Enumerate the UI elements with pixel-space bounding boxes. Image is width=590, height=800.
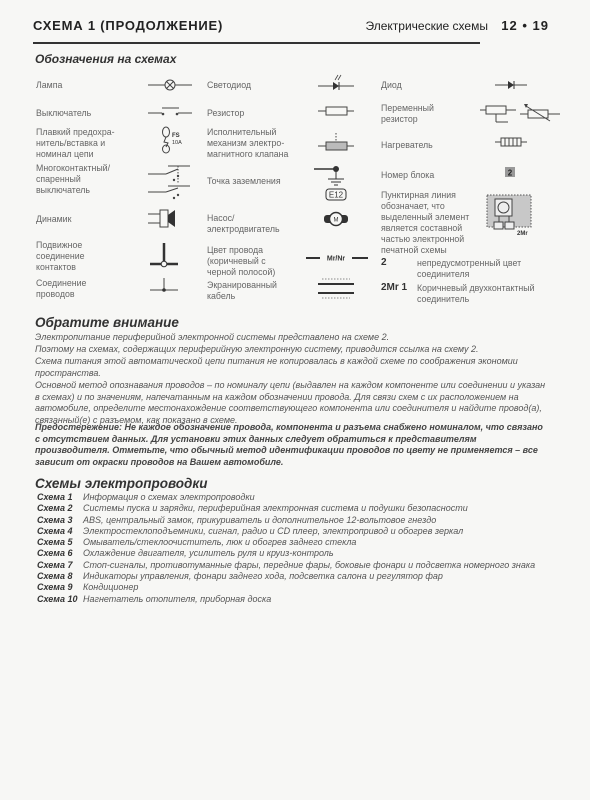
legend-label: Диод: [381, 80, 402, 91]
lamp-icon: [148, 78, 192, 92]
scheme-number: Схема 1: [37, 492, 83, 503]
legend-label: Многоконтактный/ спаренный выключатель: [36, 163, 110, 196]
legend-label: Насос/ электродвигатель: [207, 213, 280, 235]
notice-paragraph: Схема питания этой автоматической цепи п…: [35, 356, 535, 379]
scheme-description: ABS, центральный замок, прикуриватель и …: [83, 515, 436, 525]
scheme-description: Информация о схемах электропроводки: [83, 492, 255, 502]
warning-paragraph: Предостережение: Не каждое обозначение п…: [35, 422, 550, 468]
wire-color-icon: Mr/Nr: [306, 252, 368, 264]
scheme-item: Схема 2Системы пуска и зарядки, перифери…: [37, 503, 557, 514]
speaker-icon: [148, 206, 192, 232]
schemes-list: Схема 1Информация о схемах электропровод…: [37, 492, 557, 605]
scheme-description: Стоп-сигналы, противотуманные фары, пере…: [83, 560, 535, 570]
section-title: СХЕМА 1 (ПРОДОЛЖЕНИЕ): [33, 18, 223, 33]
scheme-item: Схема 7Стоп-сигналы, противотуманные фар…: [37, 560, 557, 571]
scheme-description: Охлаждение двигателя, усилитель руля и к…: [83, 548, 334, 558]
variable-resistor-icon: [480, 102, 562, 126]
heater-icon: [495, 135, 527, 149]
movable-contact-icon: [148, 243, 192, 269]
scheme-description: Омыватель/стеклоочиститель, люк и обогре…: [83, 537, 356, 547]
resistor-icon: [318, 104, 354, 118]
switch-icon: [148, 104, 192, 118]
connector-code: 2: [381, 257, 387, 268]
connector-description: непредусмотренный цвет соединителя: [417, 258, 521, 280]
legend-label: Подвижное соединение контактов: [36, 240, 85, 273]
scheme-item: Схема 9Кондиционер: [37, 582, 557, 593]
svg-text:E12: E12: [329, 191, 344, 200]
multi-contact-switch-icon: [148, 160, 192, 202]
legend-label: Плавкий предохра- нитель/вставка и номин…: [36, 127, 115, 160]
legend-label: Выключатель: [36, 108, 91, 119]
svg-text:2Mr: 2Mr: [517, 231, 528, 237]
solenoid-icon: [318, 133, 354, 153]
svg-text:2: 2: [508, 169, 513, 178]
svg-text:Mr/Nr: Mr/Nr: [327, 256, 346, 263]
wire-junction-icon: [148, 276, 192, 296]
block-number-icon: 2: [504, 166, 516, 178]
pcb-dotted-icon: 2Mr: [486, 194, 542, 238]
scheme-number: Схема 4: [37, 526, 83, 537]
scheme-item: Схема 10Нагнетатель отопителя, приборная…: [37, 594, 557, 605]
scheme-number: Схема 2: [37, 503, 83, 514]
svg-text:10A: 10A: [172, 140, 182, 146]
legend-label: Светодиод: [207, 80, 251, 91]
ground-icon: E12: [312, 165, 360, 203]
legend-label: Резистор: [207, 108, 244, 119]
svg-text:FS: FS: [172, 133, 180, 139]
legend-label: Цвет провода (коричневый с черной полосо…: [207, 245, 275, 278]
legend-label: Переменный резистор: [381, 103, 434, 125]
scheme-number: Схема 10: [37, 594, 83, 605]
notice-paragraph: Поэтому на схемах, содержащих периферийн…: [35, 344, 555, 356]
page-number: 12 • 19: [501, 18, 549, 33]
manual-page: СХЕМА 1 (ПРОДОЛЖЕНИЕ) Электрические схем…: [0, 0, 590, 800]
scheme-item: Схема 1Информация о схемах электропровод…: [37, 492, 557, 503]
scheme-item: Схема 8Индикаторы управления, фонари зад…: [37, 571, 557, 582]
header-divider: [33, 42, 480, 44]
legend-label: Пунктирная линия обозначает, что выделен…: [381, 190, 469, 256]
scheme-number: Схема 9: [37, 582, 83, 593]
legend-label: Лампа: [36, 80, 62, 91]
scheme-number: Схема 6: [37, 548, 83, 559]
notice-paragraph: Основной метод опознавания проводов – по…: [35, 380, 550, 426]
scheme-item: Схема 4Электростеклоподъемники, сигнал, …: [37, 526, 557, 537]
fuse-icon: FS 10A: [160, 126, 190, 154]
chapter-title: Электрические схемы: [365, 19, 487, 33]
svg-text:M: M: [334, 218, 339, 224]
legend-label: Номер блока: [381, 170, 434, 181]
scheme-number: Схема 5: [37, 537, 83, 548]
notice-title: Обратите внимание: [35, 315, 179, 330]
notice-paragraph: Электропитание периферийной электронной …: [35, 332, 555, 344]
legend-label: Динамик: [36, 214, 71, 225]
led-icon: [318, 74, 354, 92]
shielded-cable-icon: [316, 276, 356, 302]
scheme-item: Схема 3ABS, центральный замок, прикурива…: [37, 515, 557, 526]
connector-code: 2Mr 1: [381, 282, 407, 293]
legend-label: Экранированный кабель: [207, 280, 277, 302]
diode-icon: [495, 78, 527, 92]
legend-label: Соединение проводов: [36, 278, 86, 300]
legend-label: Исполнительный механизм электро- магнитн…: [207, 127, 288, 160]
chapter-info: Электрические схемы 12 • 19: [365, 18, 549, 33]
scheme-description: Индикаторы управления, фонари заднего хо…: [83, 571, 443, 581]
connector-description: Коричневый двухконтактный соединитель: [417, 283, 535, 305]
scheme-number: Схема 3: [37, 515, 83, 526]
scheme-description: Кондиционер: [83, 582, 138, 592]
scheme-description: Нагнетатель отопителя, приборная доска: [83, 594, 271, 604]
legend-title: Обозначения на схемах: [35, 52, 176, 66]
scheme-description: Системы пуска и зарядки, периферийная эл…: [83, 503, 468, 513]
scheme-item: Схема 5Омыватель/стеклоочиститель, люк и…: [37, 537, 557, 548]
schemes-title: Схемы электропроводки: [35, 476, 207, 491]
page-header: СХЕМА 1 (ПРОДОЛЖЕНИЕ) Электрические схем…: [33, 15, 479, 35]
scheme-item: Схема 6Охлаждение двигателя, усилитель р…: [37, 548, 557, 559]
legend-label: Нагреватель: [381, 140, 433, 151]
scheme-number: Схема 8: [37, 571, 83, 582]
scheme-description: Электростеклоподъемники, сигнал, радио и…: [83, 526, 463, 536]
legend-label: Точка заземления: [207, 176, 281, 187]
motor-icon: M: [322, 210, 350, 228]
scheme-number: Схема 7: [37, 560, 83, 571]
